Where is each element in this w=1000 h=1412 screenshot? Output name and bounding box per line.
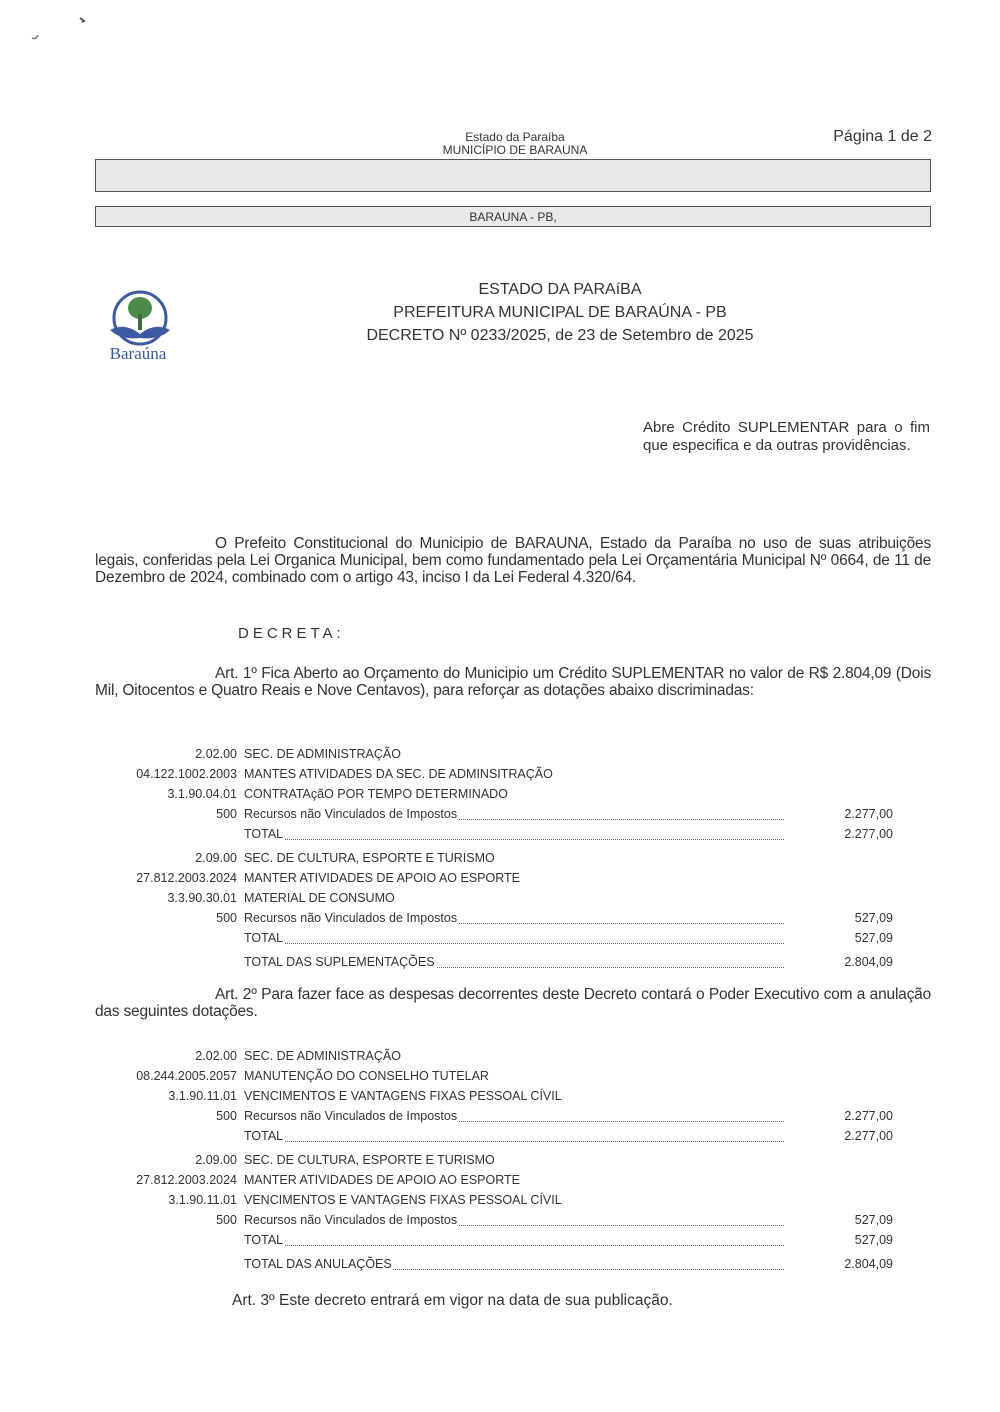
table-row: 27.812.2003.2024MANTER ATIVIDADES DE APO…: [95, 868, 931, 888]
table-row: 3.1.90.11.01VENCIMENTOS E VANTAGENS FIXA…: [95, 1086, 931, 1106]
action-name: MANUTENÇÃO DO CONSELHO TUTELAR: [244, 1066, 489, 1086]
table-row: 3.3.90.30.01MATERIAL DE CONSUMO: [95, 888, 931, 908]
total-amount: 527,09: [855, 1230, 893, 1250]
grand-total-amount: 2.804,09: [844, 1254, 893, 1274]
table-row: 08.244.2005.2057MANUTENÇÃO DO CONSELHO T…: [95, 1066, 931, 1086]
intro-text: O Prefeito Constitucional do Municipio d…: [95, 535, 931, 586]
source-name: Recursos não Vinculados de Impostos: [244, 1213, 458, 1227]
header-grey-bar: [95, 159, 931, 192]
page-number: Página 1 de 2: [833, 128, 932, 146]
title-decree-number: DECRETO Nº 0233/2025, de 23 de Setembro …: [300, 324, 820, 347]
element-name: CONTRATAçãO POR TEMPO DETERMINADO: [244, 784, 508, 804]
location-bar: BARAUNA - PB,: [95, 206, 931, 227]
total-label: TOTAL: [244, 827, 284, 841]
article-1-text: Art. 1º Fica Aberto ao Orçamento do Muni…: [95, 665, 931, 699]
table-row: TOTAL527,09: [95, 1230, 931, 1250]
title-state: ESTADO DA PARAíBA: [300, 278, 820, 301]
amount: 527,09: [855, 1210, 893, 1230]
element-code: 3.3.90.30.01: [167, 888, 237, 908]
amount: 2.277,00: [844, 1106, 893, 1126]
element-name: VENCIMENTOS E VANTAGENS FIXAS PESSOAL CÍ…: [244, 1086, 562, 1106]
decree-title: ESTADO DA PARAíBA PREFEITURA MUNICIPAL D…: [300, 278, 820, 347]
total-label: TOTAL: [244, 931, 284, 945]
amount: 2.277,00: [844, 804, 893, 824]
source-name: Recursos não Vinculados de Impostos: [244, 807, 458, 821]
total-label: TOTAL: [244, 1129, 284, 1143]
source-code: 500: [216, 1210, 237, 1230]
table-row: 500Recursos não Vinculados de Impostos2.…: [95, 1106, 931, 1126]
amount: 527,09: [855, 908, 893, 928]
source-name: Recursos não Vinculados de Impostos: [244, 1109, 458, 1123]
table-row: TOTAL2.277,00: [95, 1126, 931, 1146]
org-name: SEC. DE CULTURA, ESPORTE E TURISMO: [244, 848, 495, 868]
article-1: Art. 1º Fica Aberto ao Orçamento do Muni…: [95, 665, 931, 699]
table-row: 04.122.1002.2003MANTES ATIVIDADES DA SEC…: [95, 764, 931, 784]
table-row: 2.02.00SEC. DE ADMINISTRAÇÃO: [95, 1046, 931, 1066]
grand-total-label: TOTAL DAS SUPLEMENTAÇÕES: [244, 955, 436, 969]
action-name: MANTES ATIVIDADES DA SEC. DE ADMINSITRAÇ…: [244, 764, 553, 784]
table-row: TOTAL2.277,00: [95, 824, 931, 844]
action-code: 27.812.2003.2024: [136, 1170, 237, 1190]
source-code: 500: [216, 908, 237, 928]
action-name: MANTER ATIVIDADES DE APOIO AO ESPORTE: [244, 868, 520, 888]
decreta-heading: DECRETA:: [238, 625, 345, 642]
annulment-allocations-table: 2.02.00SEC. DE ADMINISTRAÇÃO 08.244.2005…: [95, 1046, 931, 1274]
action-name: MANTER ATIVIDADES DE APOIO AO ESPORTE: [244, 1170, 520, 1190]
element-name: VENCIMENTOS E VANTAGENS FIXAS PESSOAL CÍ…: [244, 1190, 562, 1210]
org-code: 2.02.00: [195, 1046, 237, 1066]
table-row: 500Recursos não Vinculados de Impostos52…: [95, 908, 931, 928]
org-name: SEC. DE ADMINISTRAÇÃO: [244, 744, 401, 764]
table-row: 3.1.90.04.01CONTRATAçãO POR TEMPO DETERM…: [95, 784, 931, 804]
grand-total-amount: 2.804,09: [844, 952, 893, 972]
grand-total-label: TOTAL DAS ANULAÇÕES: [244, 1257, 393, 1271]
total-amount: 2.277,00: [844, 1126, 893, 1146]
document-header: Estado da Paraíba MUNICÍPIO DE BARAUNA: [380, 131, 650, 157]
grand-total-row: TOTAL DAS ANULAÇÕES2.804,09: [95, 1254, 931, 1274]
table-row: 27.812.2003.2024MANTER ATIVIDADES DE APO…: [95, 1170, 931, 1190]
element-code: 3.1.90.11.01: [168, 1190, 237, 1210]
table-row: 2.02.00SEC. DE ADMINISTRAÇÃO: [95, 744, 931, 764]
table-row: 500Recursos não Vinculados de Impostos52…: [95, 1210, 931, 1230]
table-row: 2.09.00SEC. DE CULTURA, ESPORTE E TURISM…: [95, 1150, 931, 1170]
table-row: 500Recursos não Vinculados de Impostos2.…: [95, 804, 931, 824]
table-row: TOTAL527,09: [95, 928, 931, 948]
intro-paragraph: O Prefeito Constitucional do Municipio d…: [95, 535, 931, 586]
org-code: 2.02.00: [195, 744, 237, 764]
org-code: 2.09.00: [195, 848, 237, 868]
article-3: Art. 3º Este decreto entrará em vigor na…: [232, 1292, 673, 1310]
total-amount: 527,09: [855, 928, 893, 948]
action-code: 27.812.2003.2024: [136, 868, 237, 888]
table-row: 3.1.90.11.01VENCIMENTOS E VANTAGENS FIXA…: [95, 1190, 931, 1210]
scan-artifact-mark: [28, 14, 98, 44]
element-code: 3.1.90.04.01: [167, 784, 237, 804]
article-2-text: Art. 2º Para fazer face as despesas deco…: [95, 986, 931, 1020]
org-name: SEC. DE CULTURA, ESPORTE E TURISMO: [244, 1150, 495, 1170]
grand-total-row: TOTAL DAS SUPLEMENTAÇÕES2.804,09: [95, 952, 931, 972]
table-row: 2.09.00SEC. DE CULTURA, ESPORTE E TURISM…: [95, 848, 931, 868]
title-prefeitura: PREFEITURA MUNICIPAL DE BARAÚNA - PB: [300, 301, 820, 324]
supplement-allocations-table: 2.02.00SEC. DE ADMINISTRAÇÃO 04.122.1002…: [95, 744, 931, 972]
source-name: Recursos não Vinculados de Impostos: [244, 911, 458, 925]
header-municipality: MUNICÍPIO DE BARAUNA: [380, 144, 650, 157]
action-code: 04.122.1002.2003: [136, 764, 237, 784]
article-2: Art. 2º Para fazer face as despesas deco…: [95, 986, 931, 1020]
ementa: Abre Crédito SUPLEMENTAR para o fim que …: [643, 419, 930, 455]
org-code: 2.09.00: [195, 1150, 237, 1170]
source-code: 500: [216, 1106, 237, 1126]
total-label: TOTAL: [244, 1233, 284, 1247]
element-name: MATERIAL DE CONSUMO: [244, 888, 395, 908]
element-code: 3.1.90.11.01: [168, 1086, 237, 1106]
total-amount: 2.277,00: [844, 824, 893, 844]
source-code: 500: [216, 804, 237, 824]
logo-text: Baraúna: [100, 344, 176, 364]
org-name: SEC. DE ADMINISTRAÇÃO: [244, 1046, 401, 1066]
action-code: 08.244.2005.2057: [136, 1066, 237, 1086]
